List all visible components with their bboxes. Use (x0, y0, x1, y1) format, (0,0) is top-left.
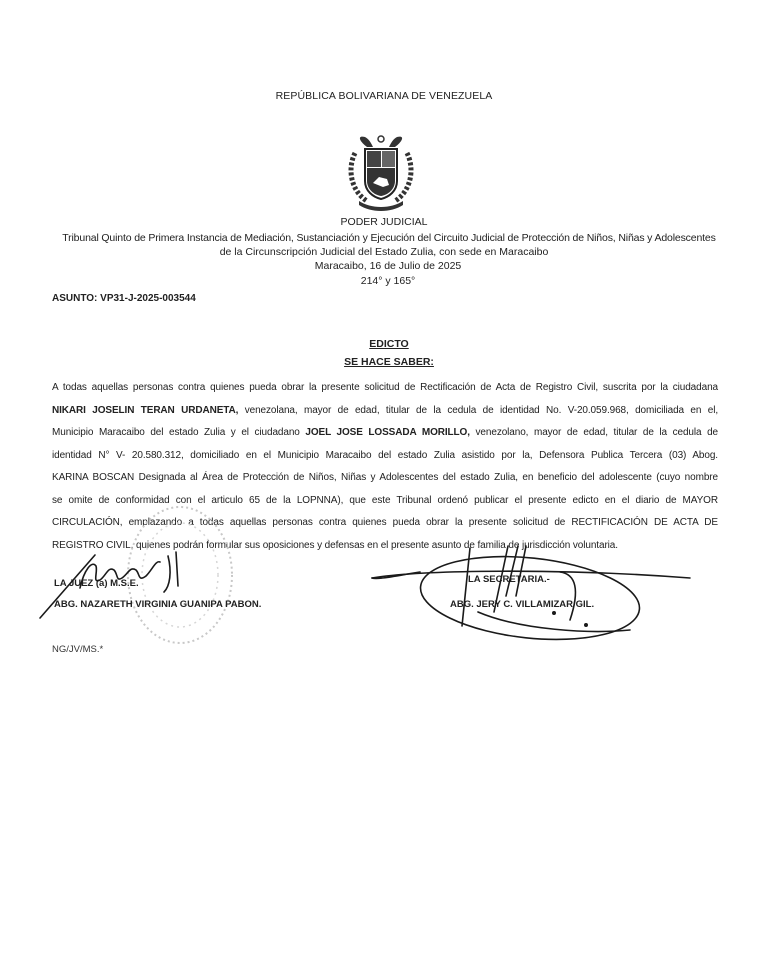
document-subtitle: SE HACE SABER: (0, 356, 768, 368)
judge-title: LA JUEZ (a) M.S.E. (54, 578, 139, 589)
court-name-line-2: de la Circunscripción Judicial del Estad… (0, 246, 768, 258)
body-text-segment: venezolano, mayor de edad, titular de la… (470, 427, 718, 438)
body-text-segment: identidad N° V- 20.580.312, domiciliado … (52, 450, 718, 461)
years-note: 214° y 165° (0, 275, 768, 287)
body-line: NIKARI JOSELIN TERAN URDANETA, venezolan… (52, 400, 718, 423)
body-line: Municipio Maracaibo del estado Zulia y e… (52, 422, 718, 445)
body-line: A todas aquellas personas contra quienes… (52, 377, 718, 400)
body-text-segment: KARINA BOSCAN Designada al Área de Prote… (52, 472, 718, 483)
court-seal-stamp (120, 500, 240, 650)
body-text-segment: A todas aquellas personas contra quienes… (52, 382, 718, 393)
party-name: NIKARI JOSELIN TERAN URDANETA, (52, 405, 238, 416)
body-text-segment: venezolana, mayor de edad, titular de la… (238, 405, 718, 416)
secretary-name: ABG. JERY C. VILLAMIZAR GIL. (450, 599, 594, 610)
case-number: ASUNTO: VP31-J-2025-003544 (52, 293, 196, 304)
body-line: identidad N° V- 20.580.312, domiciliado … (52, 445, 718, 468)
branch-heading: PODER JUDICIAL (0, 216, 768, 228)
initials: NG/JV/MS.* (52, 644, 103, 655)
document-title: EDICTO (0, 338, 768, 350)
judge-name: ABG. NAZARETH VIRGINIA GUANIPA PABON. (54, 599, 261, 610)
secretary-title: LA SECRETARIA.- (468, 574, 550, 585)
court-name-line-1: Tribunal Quinto de Primera Instancia de … (0, 232, 768, 244)
place-date: Maracaibo, 16 de Julio de 2025 (0, 260, 768, 272)
country-heading: REPÚBLICA BOLIVARIANA DE VENEZUELA (0, 90, 768, 102)
body-line: KARINA BOSCAN Designada al Área de Prote… (52, 467, 718, 490)
body-text-segment: Municipio Maracaibo del estado Zulia y e… (52, 427, 305, 438)
coat-of-arms-icon (345, 133, 417, 215)
party-name: JOEL JOSE LOSSADA MORILLO, (305, 427, 470, 438)
